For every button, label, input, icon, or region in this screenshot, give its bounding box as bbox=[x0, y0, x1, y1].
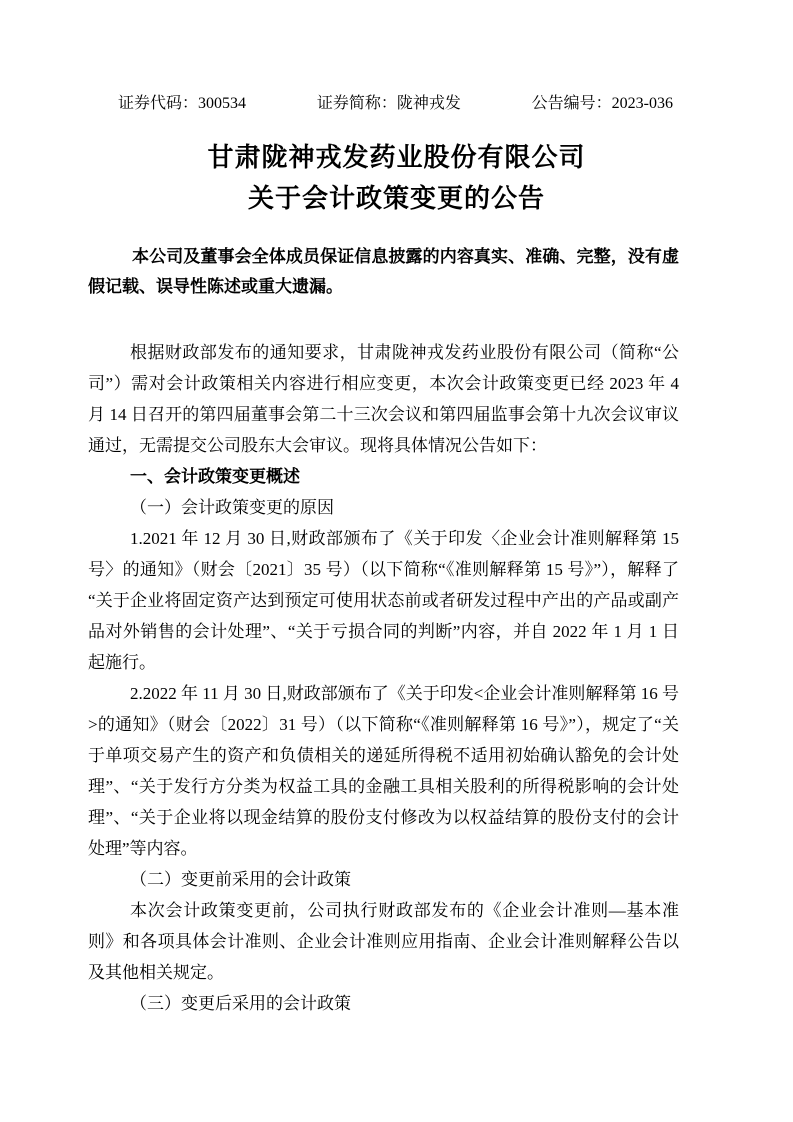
change-reason-item-1: 1.2021 年 12 月 30 日,财政部颁布了《关于印发〈企业会计准则解释第… bbox=[88, 523, 679, 678]
change-reason-item-2: 2.2022 年 11 月 30 日,财政部颁布了《关于印发<企业会计准则解释第… bbox=[88, 678, 679, 864]
document-body: 根据财政部发布的通知要求，甘肃陇神戎发药业股份有限公司（简称“公司”）需对会计政… bbox=[88, 337, 679, 1019]
section-1-heading: 一、会计政策变更概述 bbox=[88, 461, 679, 492]
section-1-3-heading: （三）变更后采用的会计政策 bbox=[88, 988, 679, 1019]
stock-code: 证券代码：300534 bbox=[118, 92, 246, 116]
announcement-title: 关于会计政策变更的公告 bbox=[0, 178, 793, 219]
document-header: 证券代码：300534 证券简称：陇神戎发 公告编号：2023-036 bbox=[0, 0, 793, 116]
board-declaration: 本公司及董事会全体成员保证信息披露的内容真实、准确、完整，没有虚假记载、误导性陈… bbox=[88, 242, 679, 302]
policy-before-change-paragraph: 本次会计政策变更前，公司执行财政部发布的《企业会计准则—基本准则》和各项具体会计… bbox=[88, 895, 679, 988]
announcement-number: 公告编号：2023-036 bbox=[532, 92, 673, 116]
section-1-1-heading: （一）会计政策变更的原因 bbox=[88, 492, 679, 523]
announcement-page: 证券代码：300534 证券简称：陇神戎发 公告编号：2023-036 甘肃陇神… bbox=[0, 0, 793, 1122]
intro-paragraph: 根据财政部发布的通知要求，甘肃陇神戎发药业股份有限公司（简称“公司”）需对会计政… bbox=[88, 337, 679, 461]
stock-abbreviation: 证券简称：陇神戎发 bbox=[317, 92, 461, 116]
section-1-2-heading: （二）变更前采用的会计政策 bbox=[88, 864, 679, 895]
company-name-title: 甘肃陇神戎发药业股份有限公司 bbox=[0, 137, 793, 178]
